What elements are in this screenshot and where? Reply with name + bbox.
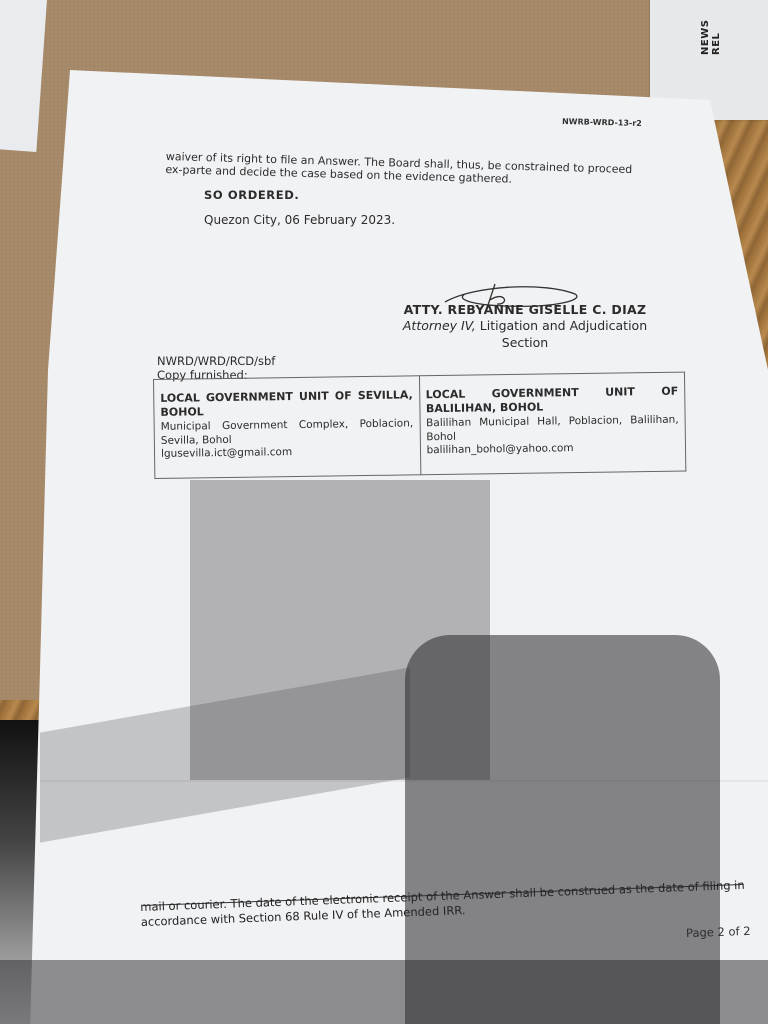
recipient-cell: LOCAL GOVERNMENT UNIT OF SEVILLA, BOHOL … — [154, 376, 421, 479]
recipient-name: LOCAL GOVERNMENT UNIT OF SEVILLA, BOHOL — [160, 388, 413, 420]
signatory-position: Attorney IV, — [403, 318, 476, 333]
copy-furnished-table: LOCAL GOVERNMENT UNIT OF SEVILLA, BOHOL … — [153, 372, 686, 479]
place-date: Quezon City, 06 February 2023. — [204, 213, 395, 227]
recipient-name: LOCAL GOVERNMENT UNIT OF BALILIHAN, BOHO… — [426, 385, 679, 417]
hand-shadow-bottom — [0, 960, 768, 1024]
signatory-name: ATTY. REBYANNE GISELLE C. DIAZ — [380, 302, 670, 317]
recipient-email: balilihan_bohol@yahoo.com — [426, 441, 679, 457]
news-release-text: NEWS REL — [700, 0, 722, 55]
signatory-office: Litigation and Adjudication Section — [476, 318, 647, 350]
reference-code: NWRD/WRD/RCD/sbf — [157, 354, 275, 368]
recipient-cell: LOCAL GOVERNMENT UNIT OF BALILIHAN, BOHO… — [419, 372, 686, 475]
recipient-address: Balilihan Municipal Hall, Poblacion, Bal… — [426, 413, 679, 445]
signatory-title: Attorney IV, Litigation and Adjudication… — [380, 317, 670, 351]
signature-block: ATTY. REBYANNE GISELLE C. DIAZ Attorney … — [380, 280, 670, 351]
recipient-email: lgusevilla.ict@gmail.com — [161, 444, 414, 460]
so-ordered: SO ORDERED. — [204, 188, 299, 202]
recipient-address: Municipal Government Complex, Poblacion,… — [161, 416, 414, 448]
